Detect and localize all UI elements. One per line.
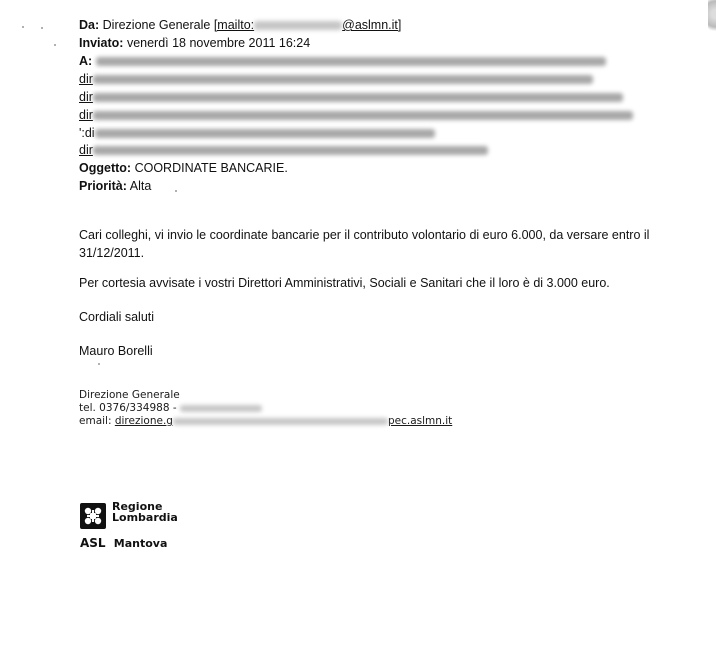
sent-label: Inviato:	[79, 36, 123, 50]
signature-email: email: direzione.gpec.aslmn.it	[79, 415, 452, 428]
sent-value: venerdì 18 novembre 2011 16:24	[127, 36, 310, 50]
recipient-prefix[interactable]: dir	[79, 72, 93, 86]
scan-speck	[175, 190, 177, 192]
region-line-2: Lombardia	[112, 512, 178, 523]
scan-speck	[54, 44, 56, 46]
redacted-recipients	[93, 146, 488, 155]
signature-tel: tel. 0376/334988 -	[79, 402, 262, 415]
scan-glare	[708, 0, 716, 34]
redacted-recipients	[93, 75, 593, 84]
redacted-email	[254, 21, 342, 30]
subject-value: COORDINATE BANCARIE.	[135, 161, 288, 175]
to-label: A:	[79, 54, 92, 68]
asl-city: Mantova	[114, 537, 168, 550]
sent-line: Inviato: venerdì 18 novembre 2011 16:24	[79, 35, 310, 52]
from-mailto-suffix[interactable]: @aslmn.it]	[342, 18, 401, 32]
redacted-recipients	[93, 93, 623, 102]
subject-label: Oggetto:	[79, 161, 131, 175]
lombardy-rose-icon	[80, 503, 106, 529]
redacted-recipients	[96, 57, 606, 66]
recipient-prefix: ':di	[79, 126, 95, 140]
priority-label: Priorità:	[79, 179, 127, 193]
email-prefix[interactable]: direzione.g	[115, 415, 173, 427]
priority-value: Alta	[130, 179, 152, 193]
closing: Cordiali saluti	[79, 308, 154, 326]
asl-label: ASL	[80, 536, 106, 550]
to-line-3: dir	[79, 89, 623, 106]
body-paragraph-2: Per cortesia avvisate i vostri Direttori…	[79, 274, 610, 292]
scan-speck	[98, 363, 100, 365]
recipient-prefix[interactable]: dir	[79, 90, 93, 104]
email-suffix[interactable]: pec.aslmn.it	[388, 415, 452, 427]
to-line-6: dir	[79, 142, 488, 159]
to-line-5: ':di	[79, 125, 435, 142]
redacted-recipients	[95, 129, 435, 138]
from-mailto-prefix[interactable]: [mailto:	[214, 18, 254, 32]
signature-department: Direzione Generale	[79, 389, 180, 402]
recipient-prefix[interactable]: dir	[79, 108, 93, 122]
region-name: Regione Lombardia	[112, 501, 178, 523]
redacted-recipients	[93, 111, 633, 120]
subject-line: Oggetto: COORDINATE BANCARIE.	[79, 160, 288, 177]
body-paragraph-1: Cari colleghi, vi invio le coordinate ba…	[79, 226, 649, 262]
asl-name: ASL Mantova	[80, 536, 167, 550]
from-label: Da:	[79, 18, 99, 32]
scan-speck	[22, 26, 24, 28]
email-label: email:	[79, 415, 112, 427]
to-line-4: dir	[79, 107, 633, 124]
priority-line: Priorità: Alta	[79, 178, 151, 195]
redacted-email	[173, 418, 388, 425]
to-line: A:	[79, 53, 606, 70]
recipient-prefix[interactable]: dir	[79, 143, 93, 157]
scan-speck	[41, 27, 43, 29]
body-paragraph-1-line-1: Cari colleghi, vi invio le coordinate ba…	[79, 226, 649, 244]
signature-name: Mauro Borelli	[79, 342, 153, 360]
from-name: Direzione Generale	[103, 18, 211, 32]
body-paragraph-1-line-2: 31/12/2011.	[79, 244, 649, 262]
from-line: Da: Direzione Generale [mailto:@aslmn.it…	[79, 17, 401, 34]
tel-value: tel. 0376/334988 -	[79, 402, 177, 414]
to-line-2: dir	[79, 71, 593, 88]
redacted-fax	[180, 405, 262, 412]
